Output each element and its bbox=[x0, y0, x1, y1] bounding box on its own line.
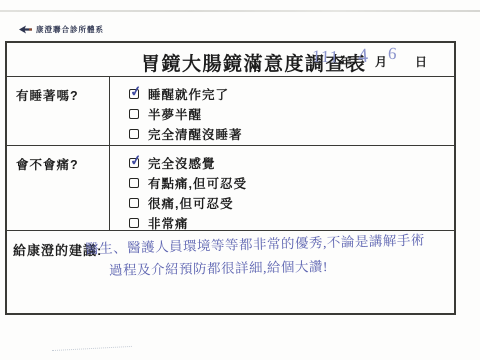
option-label: 很痛,但可忍受 bbox=[148, 194, 233, 212]
option-label: 半夢半醒 bbox=[148, 105, 202, 123]
question-label-cell: 會不會痛? bbox=[7, 146, 110, 230]
suggestion-row: 給康澄的建議: 醫生、醫護人員環境等等都非常的優秀,不論是講解手術 過程及介紹預… bbox=[7, 231, 454, 313]
day-label: 日 bbox=[415, 53, 427, 70]
option-line: ✓ 完全沒感覺 bbox=[129, 153, 454, 173]
checkbox-checked: ✓ bbox=[129, 158, 139, 168]
option-line: 完全清醒沒睡著 bbox=[129, 124, 454, 144]
option-label: 非常痛 bbox=[148, 214, 189, 232]
scan-artifact-speckles bbox=[52, 346, 132, 354]
checkbox-unchecked bbox=[129, 218, 139, 228]
question-row-pain: 會不會痛? ✓ 完全沒感覺 有點痛,但可忍受 很痛,但可忍受 非常痛 bbox=[7, 146, 454, 231]
checkbox-unchecked bbox=[129, 198, 139, 208]
question-row-sleep: 有睡著嗎? ✓ 睡醒就作完了 半夢半醒 完全清醒沒睡著 bbox=[7, 77, 454, 146]
checkmark-icon: ✓ bbox=[129, 152, 143, 167]
checkbox-checked: ✓ bbox=[129, 89, 139, 99]
option-label: 完全清醒沒睡著 bbox=[148, 125, 243, 143]
month-label: 月 bbox=[375, 53, 387, 70]
option-line: 半夢半醒 bbox=[129, 104, 454, 124]
title-row: 胃鏡大腸鏡滿意度調查表 111 年 4 月 6 日 bbox=[7, 43, 454, 77]
handwritten-month: 4 bbox=[357, 45, 369, 69]
clinic-logo: 康澄聯合診所體系 bbox=[19, 24, 104, 35]
option-line: 有點痛,但可忍受 bbox=[129, 173, 454, 193]
option-label: 有點痛,但可忍受 bbox=[148, 174, 247, 192]
option-line: ✓ 睡醒就作完了 bbox=[129, 84, 454, 104]
question-label-cell: 有睡著嗎? bbox=[7, 77, 110, 145]
handwritten-suggestion-line1: 醫生、醫護人員環境等等都非常的優秀,不論是講解手術 bbox=[85, 229, 425, 258]
survey-table: 胃鏡大腸鏡滿意度調查表 111 年 4 月 6 日 有睡著嗎? ✓ 睡醒就作完了… bbox=[5, 41, 456, 315]
question-pain-options: ✓ 完全沒感覺 有點痛,但可忍受 很痛,但可忍受 非常痛 bbox=[110, 146, 454, 230]
checkbox-unchecked bbox=[129, 178, 139, 188]
clinic-name: 康澄聯合診所體系 bbox=[36, 24, 104, 35]
option-line: 很痛,但可忍受 bbox=[129, 193, 454, 213]
checkbox-unchecked bbox=[129, 109, 139, 119]
scanned-survey-form: 康澄聯合診所體系 胃鏡大腸鏡滿意度調查表 111 年 4 月 6 日 有睡著嗎?… bbox=[0, 0, 480, 360]
question-pain-label: 會不會痛? bbox=[16, 158, 79, 172]
checkbox-unchecked bbox=[129, 129, 139, 139]
option-label: 睡醒就作完了 bbox=[148, 85, 229, 103]
scan-artifact-line bbox=[0, 10, 480, 12]
question-sleep-options: ✓ 睡醒就作完了 半夢半醒 完全清醒沒睡著 bbox=[110, 77, 454, 145]
year-label: 年 bbox=[340, 53, 352, 70]
option-label: 完全沒感覺 bbox=[148, 154, 216, 172]
checkmark-icon: ✓ bbox=[129, 83, 143, 98]
handwritten-year: 111 bbox=[312, 47, 340, 68]
bird-arrow-icon bbox=[19, 25, 32, 34]
handwritten-day: 6 bbox=[387, 44, 397, 64]
question-sleep-label: 有睡著嗎? bbox=[16, 89, 79, 103]
handwritten-suggestion-line2: 過程及介紹預防都很詳細,給個大讚! bbox=[109, 255, 328, 279]
